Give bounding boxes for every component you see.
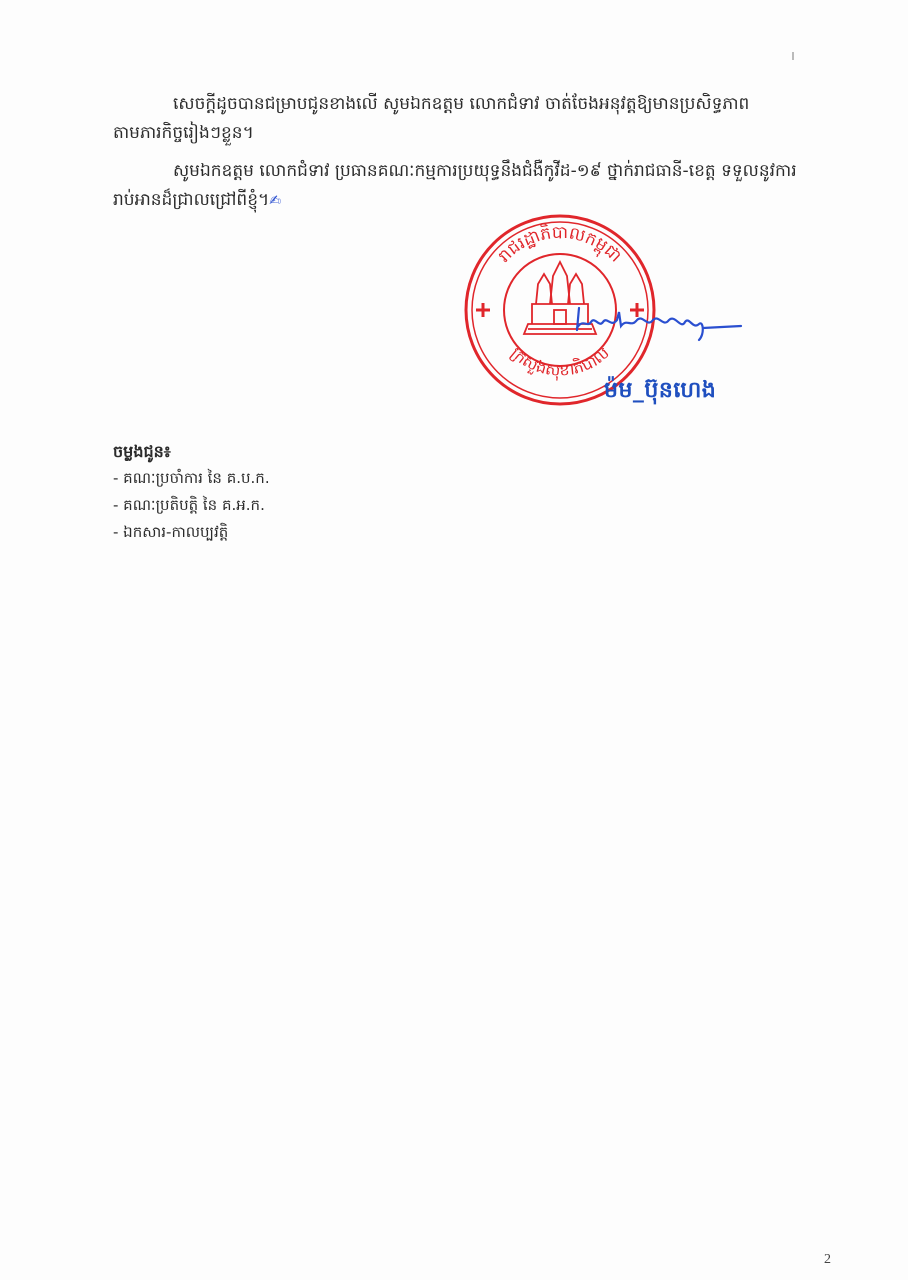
paragraph-text: សូមឯកឧត្តម លោកជំទាវ ប្រធានគណៈកម្មការប្រយ… (173, 161, 797, 181)
scan-mark (792, 52, 794, 60)
cc-list: ចម្លងជូន៖ - គណៈប្រចាំការ នៃ គ.ប.ក. - គណៈ… (113, 438, 270, 546)
paragraph-text: តាមភារកិច្ចរៀងៗខ្លួន។ (113, 123, 254, 143)
regards-paragraph: សូមឯកឧត្តម លោកជំទាវ ប្រធានគណៈកម្មការប្រយ… (113, 157, 833, 216)
cc-item: - គណៈប្រតិបត្តិ នៃ គ.អ.ក. (113, 492, 270, 519)
cc-title: ចម្លងជូន៖ (113, 438, 270, 465)
cc-item: - គណៈប្រចាំការ នៃ គ.ប.ក. (113, 465, 270, 492)
document-page: សេចក្តីដូចបានជម្រាបជូនខាងលើ សូមឯកឧត្តម ល… (0, 0, 908, 1280)
seal-inner-text: ក្រសួងសុខាភិបាល (507, 343, 613, 382)
signer-name: ម៉ម_ប៊ុនហេង (604, 376, 716, 408)
initial-mark-icon: ✍ (269, 193, 281, 209)
cc-item: - ឯកសារ-កាលប្បវត្តិ (113, 519, 270, 546)
paragraph-text: រាប់អានដ៏ជ្រាលជ្រៅពីខ្ញុំ។ (113, 190, 269, 210)
closing-paragraph: សេចក្តីដូចបានជម្រាបជូនខាងលើ សូមឯកឧត្តម ល… (113, 90, 833, 148)
paragraph-text: សេចក្តីដូចបានជម្រាបជូនខាងលើ សូមឯកឧត្តម ល… (173, 94, 749, 114)
handwritten-signature-icon (573, 298, 743, 348)
page-number: 2 (824, 1252, 831, 1268)
